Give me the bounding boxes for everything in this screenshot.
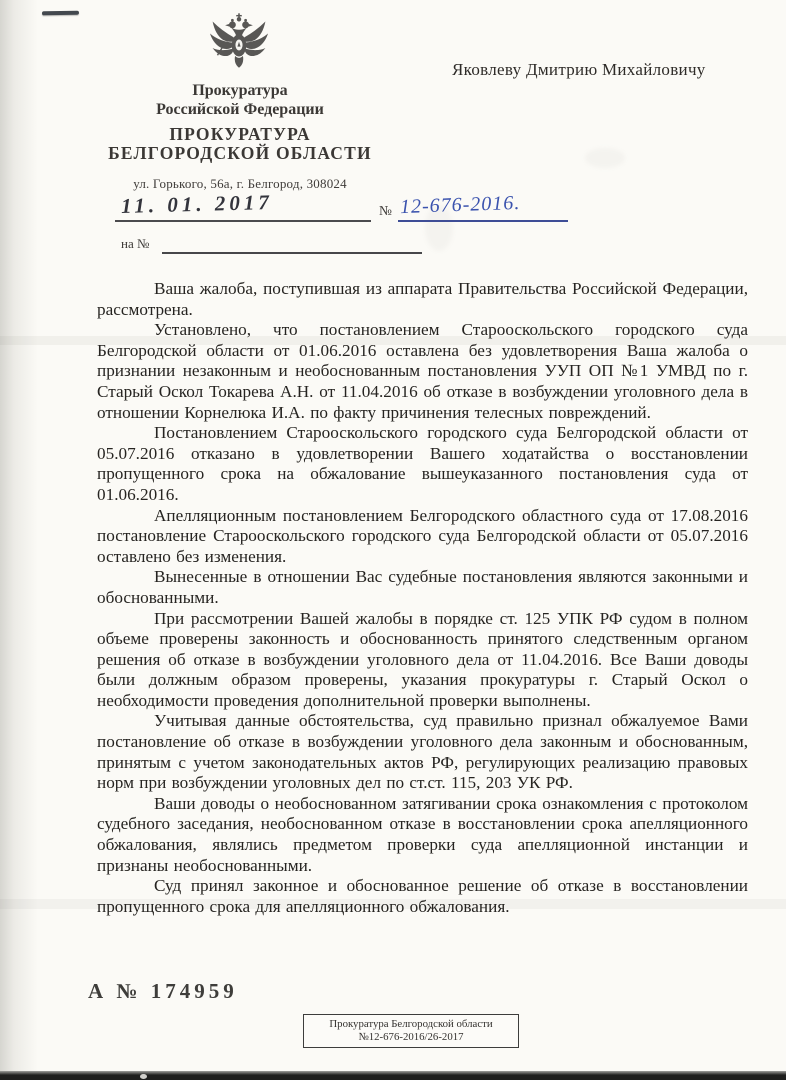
- parent-org-line2: Российской Федерации: [95, 100, 385, 119]
- double-headed-eagle-emblem-icon: [206, 11, 272, 77]
- letter-body: Ваша жалоба, поступившая из аппарата Пра…: [97, 279, 748, 917]
- paragraph: Учитывая данные обстоятельства, суд прав…: [97, 711, 748, 793]
- stamp-org-name: Прокуратура Белгородской области: [306, 1018, 516, 1031]
- scanned-letter-page: Прокуратура Российской Федерации ПРОКУРА…: [0, 0, 786, 1080]
- paragraph: Ваша жалоба, поступившая из аппарата Пра…: [97, 279, 748, 320]
- scan-bottom-edge: [0, 1071, 786, 1080]
- organization-name: ПРОКУРАТУРА БЕЛГОРОДСКОЙ ОБЛАСТИ: [95, 125, 385, 162]
- paragraph: При рассмотрении Вашей жалобы в порядке …: [97, 609, 748, 712]
- reply-to-number-label: на №: [121, 236, 149, 252]
- letterhead-form-number: А № 174959: [88, 979, 238, 1004]
- paragraph: Суд принял законное и обоснованное решен…: [97, 876, 748, 917]
- parent-organization-name: Прокуратура Российской Федерации: [95, 81, 385, 119]
- organization-address: ул. Горького, 56а, г. Белгород, 308024: [95, 176, 385, 192]
- registration-stamp-box: Прокуратура Белгородской области №12-676…: [303, 1014, 519, 1048]
- paragraph: Установлено, что постановлением Старооск…: [97, 320, 748, 423]
- number-sign-label: №: [379, 203, 392, 219]
- outgoing-number-field: 12-676-2016.: [398, 193, 568, 222]
- org-name-line1: ПРОКУРАТУРА: [95, 125, 385, 144]
- scan-smudge: [585, 148, 625, 168]
- stamp-case-number: №12-676-2016/26-2017: [306, 1031, 516, 1044]
- paragraph: Постановлением Старооскольского городско…: [97, 423, 748, 505]
- parent-org-line1: Прокуратура: [95, 81, 385, 100]
- paragraph: Апелляционным постановлением Белгородско…: [97, 506, 748, 568]
- scan-hole-mark: [140, 1074, 147, 1079]
- recipient-name: Яковлеву Дмитрию Михайловичу: [452, 60, 706, 80]
- handwritten-date: 11. 01. 2017: [121, 190, 273, 219]
- scan-staple-mark: [42, 11, 79, 16]
- reply-to-number-blank-line: [162, 252, 422, 254]
- date-field: 11. 01. 2017: [115, 193, 371, 222]
- handwritten-outgoing-number: 12-676-2016.: [400, 192, 521, 219]
- paragraph: Ваши доводы о необоснованном затягивании…: [97, 794, 748, 876]
- scan-left-edge-shadow: [0, 0, 38, 1080]
- paragraph: Вынесенные в отношении Вас судебные пост…: [97, 567, 748, 608]
- org-name-line2: БЕЛГОРОДСКОЙ ОБЛАСТИ: [95, 144, 385, 163]
